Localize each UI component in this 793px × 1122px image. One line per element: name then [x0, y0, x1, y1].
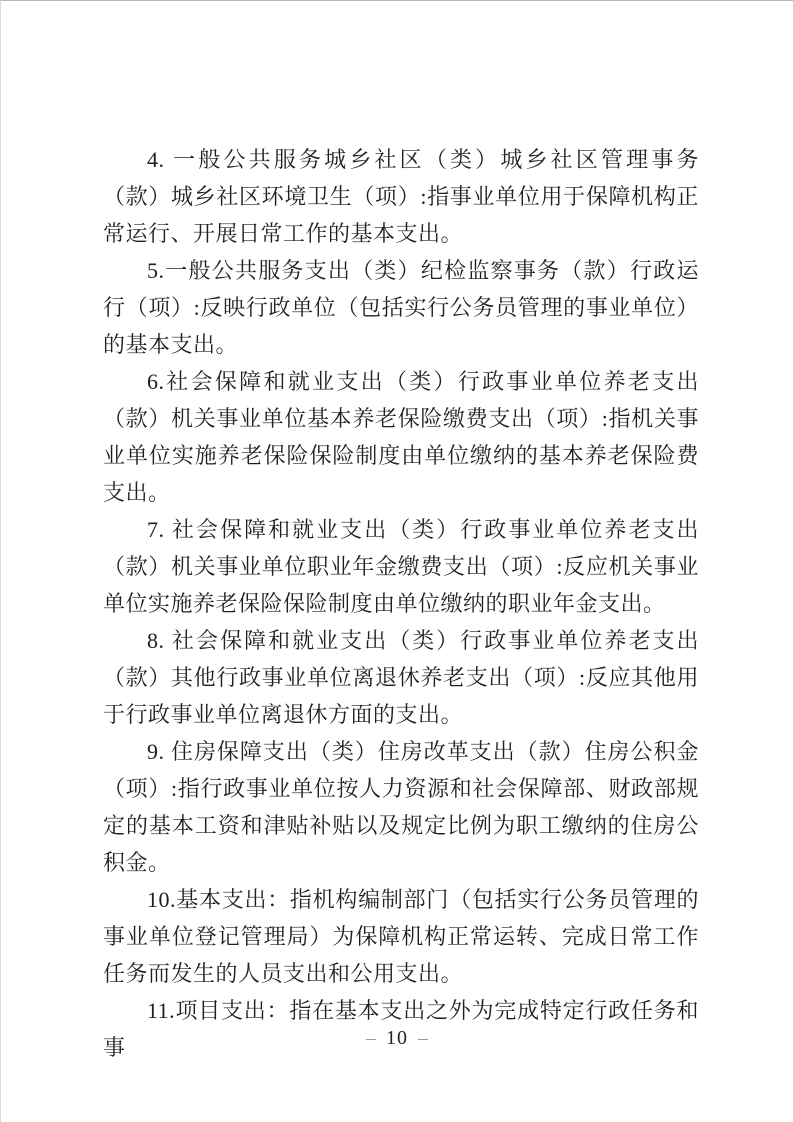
paragraph-7: 7. 社会保障和就业支出（类）行政事业单位养老支出（款）机关事业单位职业年金缴费…: [103, 511, 699, 622]
paragraph-10: 10.基本支出：指机构编制部门（包括实行公务员管理的事业单位登记管理局）为保障机…: [103, 881, 699, 992]
paragraph-8: 8. 社会保障和就业支出（类）行政事业单位养老支出（款）其他行政事业单位离退休养…: [103, 622, 699, 733]
paragraph-5: 5.一般公共服务支出（类）纪检监察事务（款）行政运行（项）:反映行政单位（包括实…: [103, 252, 699, 363]
paragraph-9: 9. 住房保障支出（类）住房改革支出（款）住房公积金（项）:指行政事业单位按人力…: [103, 733, 699, 881]
paragraph-6: 6.社会保障和就业支出（类）行政事业单位养老支出（款）机关事业单位基本养老保险缴…: [103, 363, 699, 511]
page-number-dash-right: –: [418, 1027, 428, 1049]
page-number-dash-left: –: [366, 1027, 376, 1049]
page-number: 10: [386, 1027, 408, 1049]
document-page: { "document": { "paragraphs": [ "4. 一般公共…: [0, 0, 793, 1122]
page-footer: –10–: [1, 1027, 793, 1050]
paragraph-4: 4. 一般公共服务城乡社区（类）城乡社区管理事务（款）城乡社区环境卫生（项）:指…: [103, 141, 699, 252]
document-text-block: 4. 一般公共服务城乡社区（类）城乡社区管理事务（款）城乡社区环境卫生（项）:指…: [103, 141, 699, 1066]
